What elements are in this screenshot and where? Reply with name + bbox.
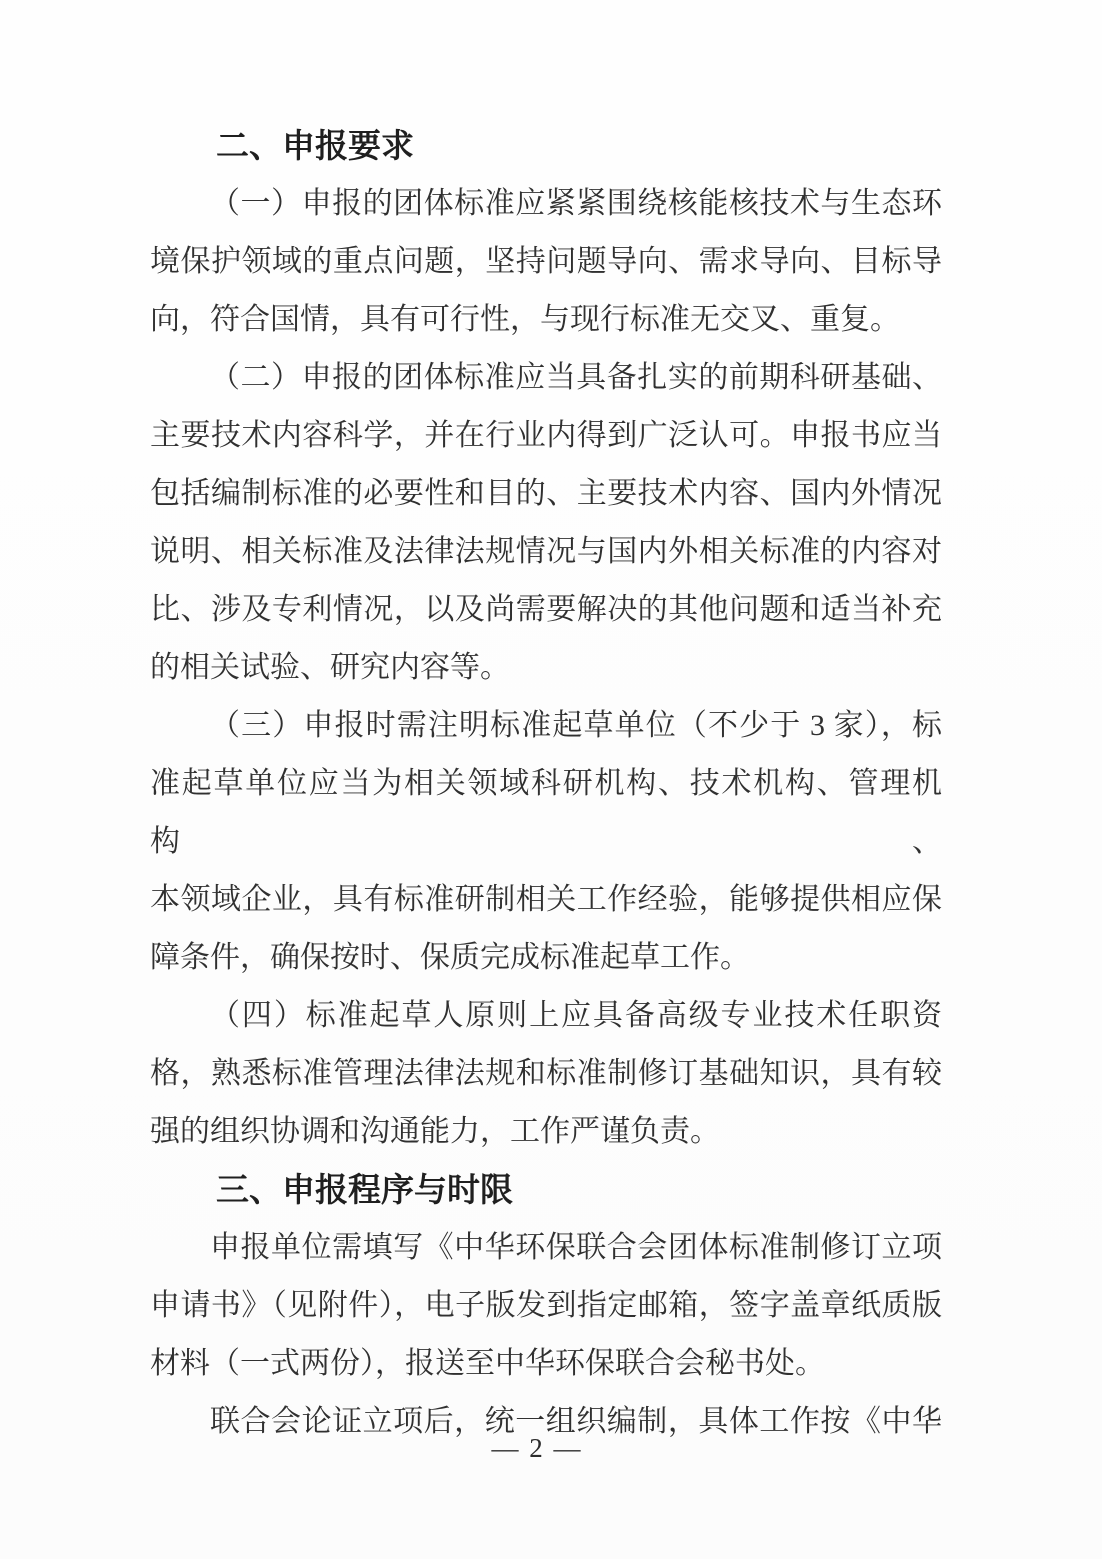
text-line: 向，符合国情，具有可行性，与现行标准无交叉、重复。	[150, 291, 942, 349]
text-line: 说明、相关标准及法律法规情况与国内外相关标准的内容对	[150, 523, 942, 581]
paragraph: （三）申报时需注明标准起草单位（不少于 3 家），标准起草单位应当为相关领域科研…	[150, 697, 942, 987]
text-line: 申请书》（见附件），电子版发到指定邮箱，签字盖章纸质版	[150, 1277, 942, 1335]
paragraph: （二）申报的团体标准应当具备扎实的前期科研基础、主要技术内容科学，并在行业内得到…	[150, 349, 942, 697]
text-line: 境保护领域的重点问题，坚持问题导向、需求导向、目标导	[150, 233, 942, 291]
text-line: （二）申报的团体标准应当具备扎实的前期科研基础、	[150, 349, 942, 407]
heading-line: 二、申报要求	[150, 117, 942, 175]
text-line: （一）申报的团体标准应紧紧围绕核能核技术与生态环	[150, 175, 942, 233]
paragraph: 申报单位需填写《中华环保联合会团体标准制修订立项申请书》（见附件），电子版发到指…	[150, 1219, 942, 1393]
text-line: 障条件，确保按时、保质完成标准起草工作。	[150, 929, 942, 987]
text-line: 主要技术内容科学，并在行业内得到广泛认可。申报书应当	[150, 407, 942, 465]
text-line: （三）申报时需注明标准起草单位（不少于 3 家），标	[150, 697, 942, 755]
document-body: 二、申报要求（一）申报的团体标准应紧紧围绕核能核技术与生态环境保护领域的重点问题…	[150, 117, 942, 1451]
text-line: 比、涉及专利情况，以及尚需要解决的其他问题和适当补充	[150, 581, 942, 639]
text-line: 本领域企业，具有标准研制相关工作经验，能够提供相应保	[150, 871, 942, 929]
text-line: 的相关试验、研究内容等。	[150, 639, 942, 697]
text-line: 申报单位需填写《中华环保联合会团体标准制修订立项	[150, 1219, 942, 1277]
paragraph: （四）标准起草人原则上应具备高级专业技术任职资格，熟悉标准管理法律法规和标准制修…	[150, 987, 942, 1161]
section-heading: 三、申报程序与时限	[150, 1161, 942, 1219]
heading-line: 三、申报程序与时限	[150, 1161, 942, 1219]
section-heading: 二、申报要求	[150, 117, 942, 175]
text-line: 准起草单位应当为相关领域科研机构、技术机构、管理机构、	[150, 755, 942, 871]
paragraph: （一）申报的团体标准应紧紧围绕核能核技术与生态环境保护领域的重点问题，坚持问题导…	[150, 175, 942, 349]
text-line: 强的组织协调和沟通能力，工作严谨负责。	[150, 1103, 942, 1161]
page-number: — 2 —	[492, 1433, 583, 1463]
text-line: 格，熟悉标准管理法律法规和标准制修订基础知识，具有较	[150, 1045, 942, 1103]
document-page: 二、申报要求（一）申报的团体标准应紧紧围绕核能核技术与生态环境保护领域的重点问题…	[0, 0, 1102, 1559]
page-footer: — 2 —	[0, 1428, 1102, 1468]
text-line: （四）标准起草人原则上应具备高级专业技术任职资	[150, 987, 942, 1045]
text-line: 材料（一式两份），报送至中华环保联合会秘书处。	[150, 1335, 942, 1393]
text-line: 包括编制标准的必要性和目的、主要技术内容、国内外情况	[150, 465, 942, 523]
